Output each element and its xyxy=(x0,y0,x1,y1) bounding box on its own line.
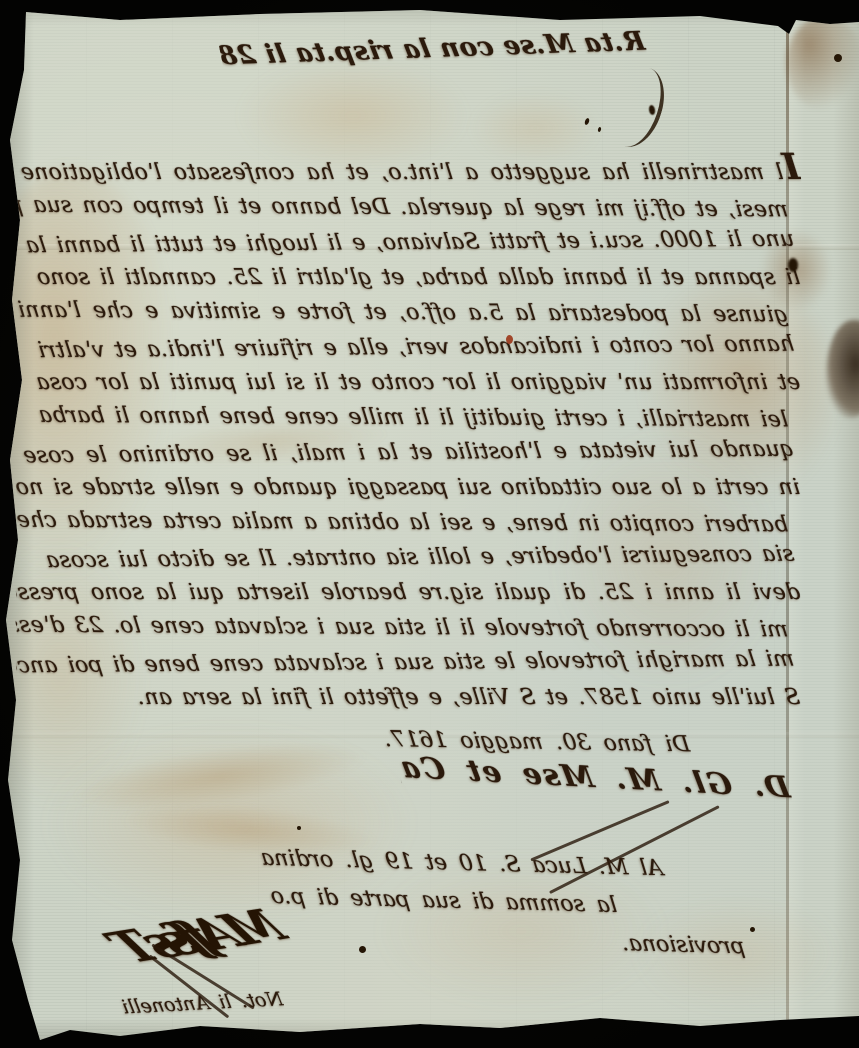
manuscript-line: quando lui vietata e l'hostilia et la i … xyxy=(14,432,797,474)
manuscript-line: in certi a lo suo cittadino sui passaggi… xyxy=(14,470,802,505)
manuscript-line: mesi, et off.ij mi rege la querela. Del … xyxy=(14,188,790,228)
signature-line: D. Gl. M. Mse et Cap. xyxy=(395,750,793,805)
manuscript-line: et informati un' viaggino li lor conto e… xyxy=(14,365,802,400)
ink-dot-top-right xyxy=(834,54,842,62)
manuscript-line: mi li occorrendo fortevole li li stia su… xyxy=(14,608,790,648)
manuscript-line: hanno lor conto i indicandos veri, ella … xyxy=(14,327,797,369)
red-wax-speck xyxy=(506,335,513,344)
mirrored-ink-layer: R.ta M.se con la risp.ta li 28 Giug.o 16… xyxy=(0,0,859,1048)
manuscript-line: Il mastrinelli ha suggetto a l'int.o, et… xyxy=(14,150,803,190)
manuscript-line: devi li anni i 25. di quali sig.re bearo… xyxy=(14,575,802,610)
manuscript-line: barberi conpito in bene, e sei la obtina… xyxy=(14,503,790,543)
notary-note: Not. li Antonelli xyxy=(19,988,285,1024)
letter-body: Il mastrinelli ha suggetto a l'int.o, et… xyxy=(16,150,800,715)
letter-page: R.ta M.se con la risp.ta li 28 Giug.o 16… xyxy=(0,0,859,1048)
docket-line: R.ta M.se con la risp.ta li 28 Giug.o 16… xyxy=(218,27,648,72)
ink-speck xyxy=(750,927,755,932)
manuscript-line: giunse la podestaria la 5.a off.o, et fo… xyxy=(14,293,790,333)
date-line: Di fano 30. maggio 1617. xyxy=(304,726,691,758)
scanned-letter: R.ta M.se con la risp.ta li 28 Giug.o 16… xyxy=(0,0,859,1048)
manuscript-line: uno li 1000. scu.i et fratti Salviano, e… xyxy=(14,222,797,264)
manuscript-line: mi la marighi fortevole le stia sua i sc… xyxy=(14,642,797,684)
ink-dot-postscript xyxy=(359,946,366,953)
ink-speck xyxy=(297,826,301,830)
manuscript-line: S lui'lle unio 1587. et S Ville, e effet… xyxy=(14,680,802,715)
manuscript-line: li spanna et li banni dalla barba, et gl… xyxy=(14,260,802,295)
ink-blot-fold xyxy=(788,258,798,272)
notary-signature-scrawl: M Affss T xyxy=(0,899,298,990)
manuscript-line: sia conseguirsi l'obedire, e lolli sia o… xyxy=(14,537,797,579)
manuscript-line: lei mastrialli, i certi giuditij li li m… xyxy=(14,398,790,438)
